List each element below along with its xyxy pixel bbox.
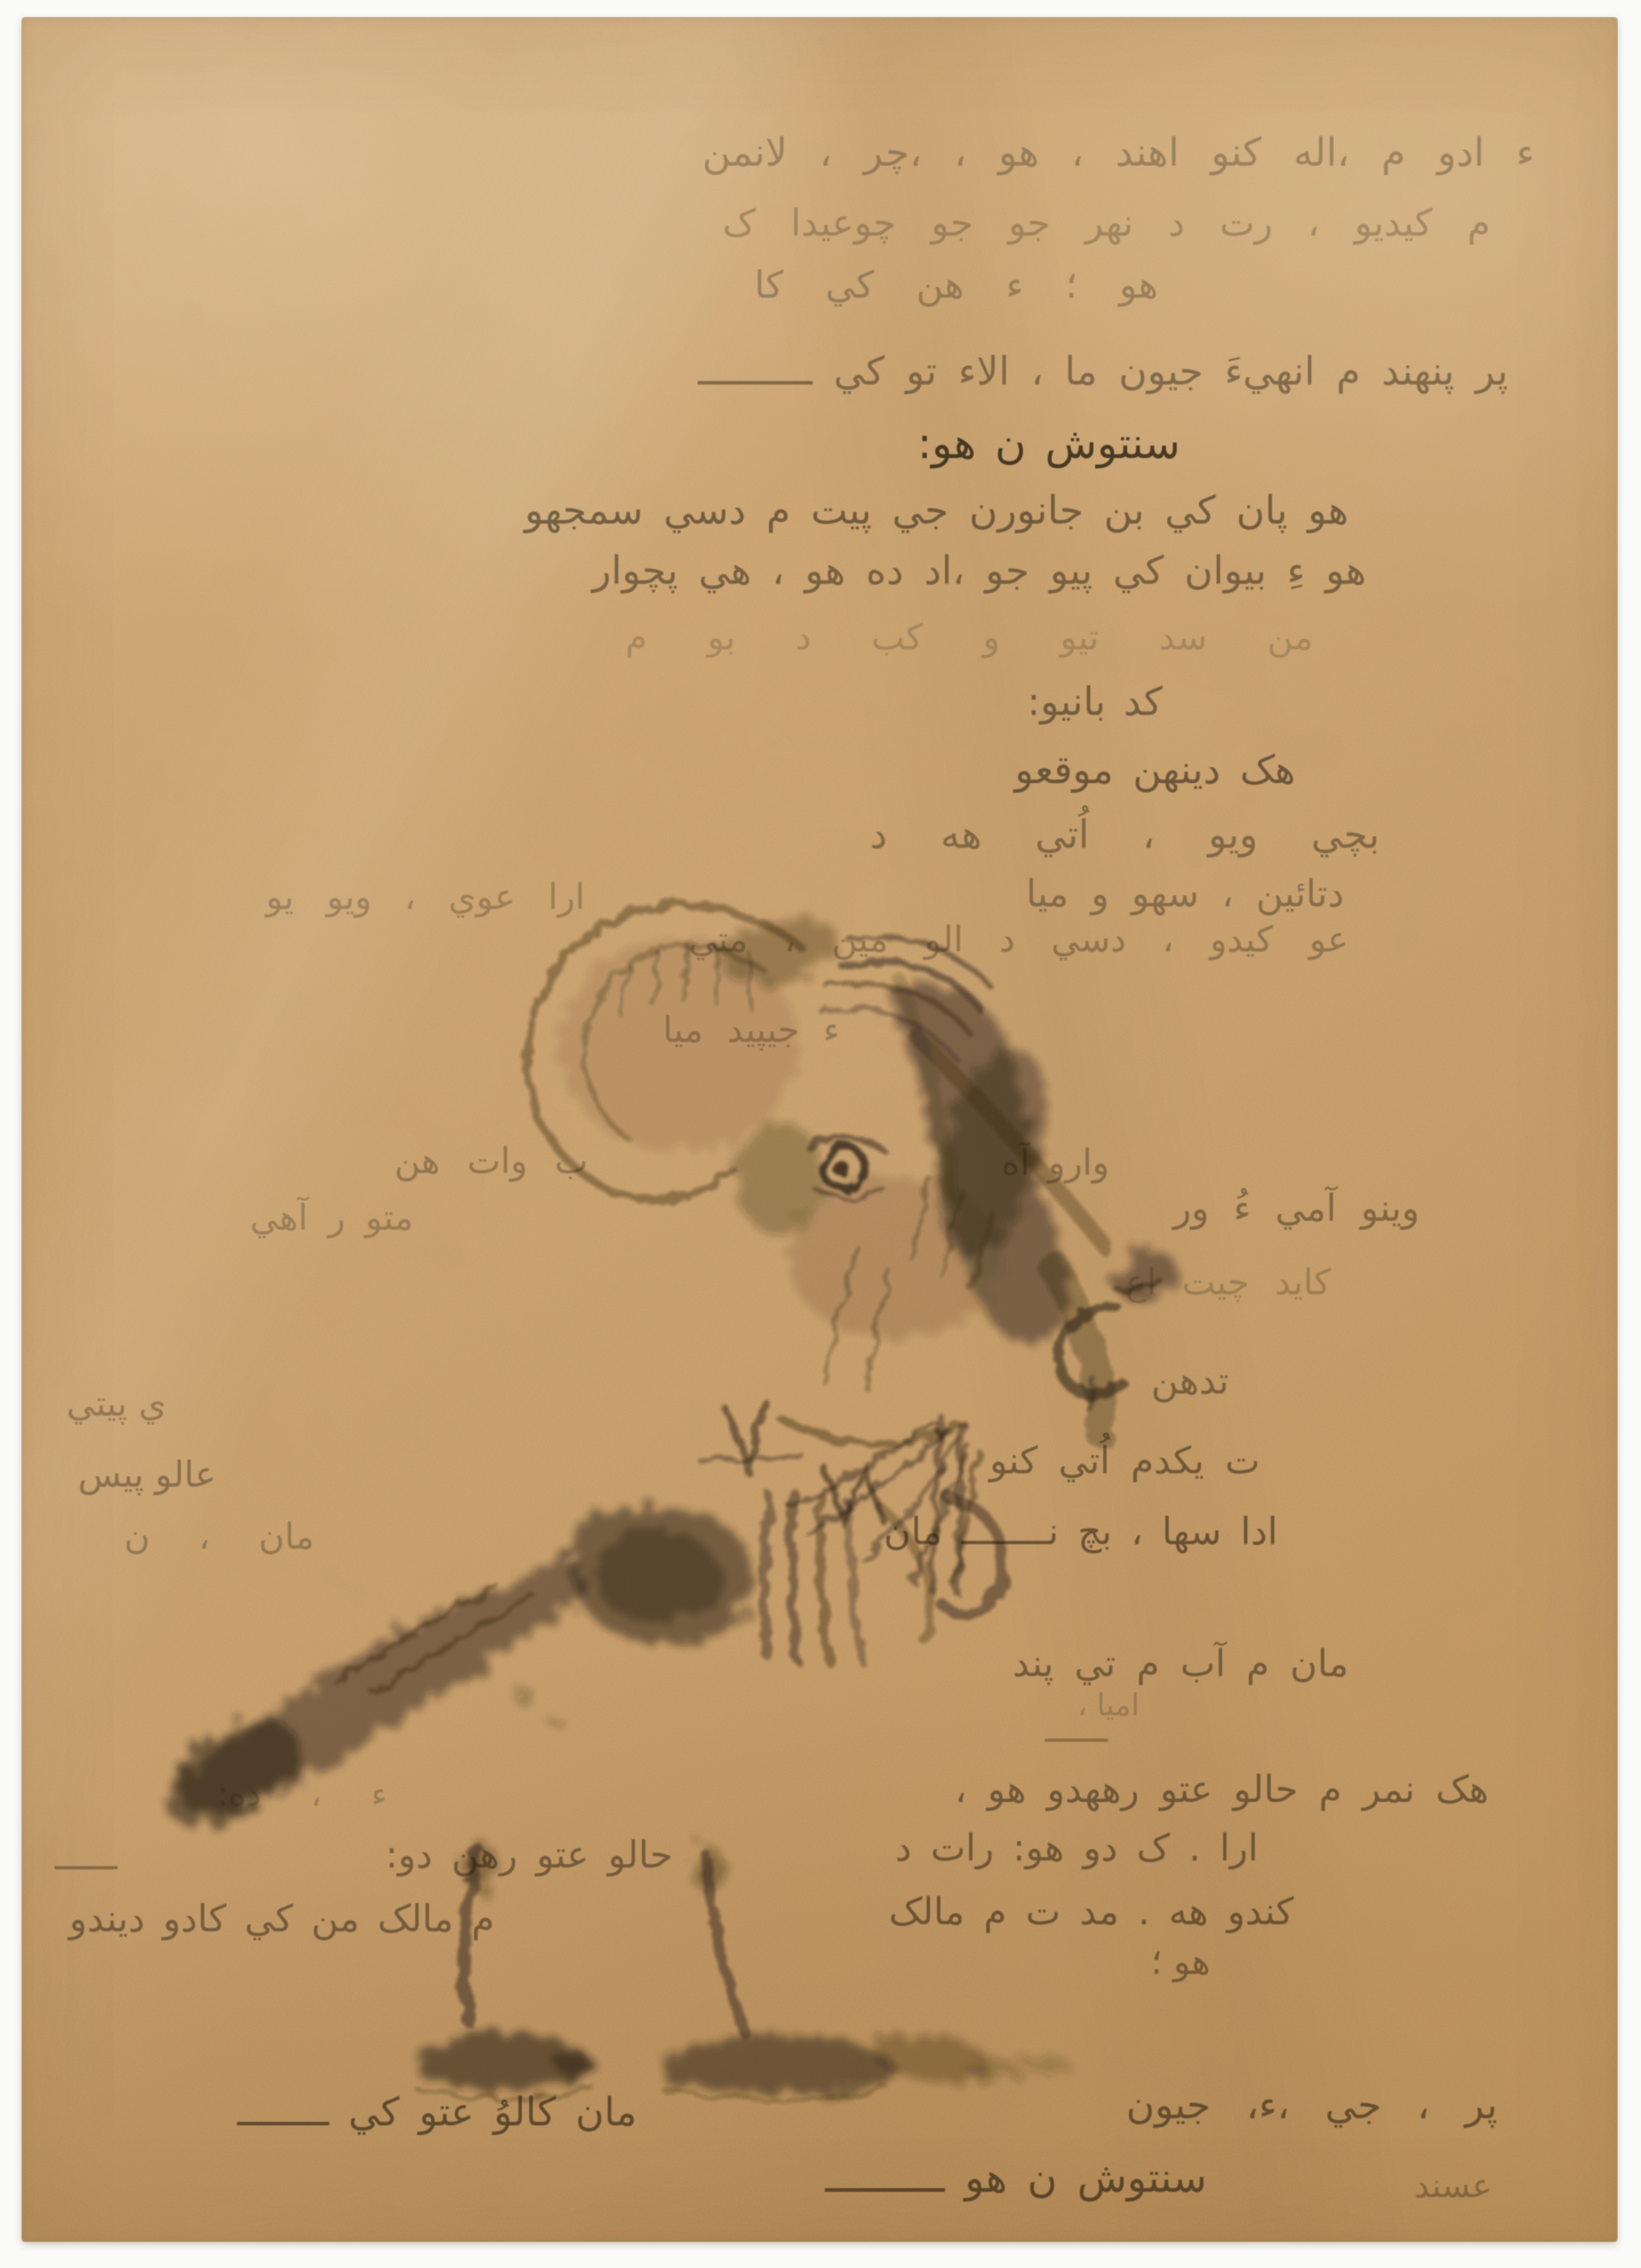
text-line-3: هو ؛ ء هن کي کا: [754, 264, 1158, 307]
text-line-39: مان کالوُ عتو کي ــــــــ: [237, 2091, 637, 2136]
text-line-32: ارا . ک دو هو: رات د: [895, 1827, 1258, 1869]
text-line-9: کد بانيو:: [1027, 680, 1163, 726]
text-line-8: من سد تيو و کب د بو م: [626, 617, 1313, 658]
text-line-7: هو ءِ بيوان کي پيو جو ،اد ده هو ، هي پچو…: [592, 549, 1366, 594]
text-line-31: ء ، ده:: [217, 1775, 387, 1814]
text-line-21: تدهن: [1151, 1360, 1229, 1402]
text-line-29: ــــــ: [1046, 1710, 1108, 1751]
text-line-16: وارو آه: [1001, 1143, 1109, 1184]
text-line-38: پر ، جي ،ء، جيون: [1126, 2084, 1497, 2129]
text-line-6: هو پان کي بن جانورن جي پيت م دسي سمجهو: [525, 489, 1349, 534]
text-line-33: حالو عتو رهن دو:: [385, 1834, 673, 1876]
text-layer: ء ادو م ،اله کنو اهند ، هو ، ،چر ، لانمن…: [0, 0, 1641, 2268]
text-line-4: پر پنهند م انهيءَ جيون ما ، الاء تو کي ـ…: [698, 350, 1508, 395]
text-line-19: متو ر آهي: [250, 1198, 413, 1239]
text-line-17: ب وات هن: [394, 1141, 588, 1182]
text-line-22: ي پيتي: [66, 1384, 167, 1425]
text-line-18: وينو آمي ءُ ور: [1173, 1187, 1419, 1230]
text-line-15: ء جيپيد ميا: [663, 1010, 840, 1051]
text-line-20: کايد چيت اع: [1125, 1262, 1331, 1303]
text-line-10: هک دينهن موقعو: [1015, 749, 1295, 794]
text-line-24: عالو پيس: [78, 1455, 216, 1495]
text-line-36: م مالک من کي کادو ديندو: [69, 1898, 494, 1940]
scanned-photo-frame: ء ادو م ،اله کنو اهند ، هو ، ،چر ، لانمن…: [0, 0, 1641, 2268]
text-line-13: ارا عوي ، ويو يو: [266, 877, 585, 918]
text-line-40: سنتوش ن هو ــــــــــ: [825, 2155, 1207, 2202]
text-line-26: مان ، ن: [124, 1517, 315, 1557]
text-line-23: ت يکدم اُتي کنو: [990, 1440, 1260, 1482]
text-line-27: مان م آب م تي پند: [1013, 1643, 1349, 1685]
text-line-41: عسند: [1414, 2167, 1492, 2206]
text-line-25: ادا سها ، بچ نــــــــ مان: [883, 1511, 1278, 1553]
text-line-30: هک نمر م حالو عتو رههدو هو ،: [954, 1768, 1489, 1811]
text-line-12: دتائين ، سهو و ميا: [1026, 873, 1344, 915]
text-line-34: ــــــ: [55, 1837, 117, 1878]
text-line-35: کندو هه . مد ت م مالک: [889, 1891, 1294, 1933]
text-line-2: م کيديو ، رت د نهر جو جو چوعيدا ک: [722, 202, 1490, 245]
text-line-1: ء ادو م ،اله کنو اهند ، هو ، ،چر ، لانمن: [702, 131, 1535, 176]
text-line-37: هو ؛: [1151, 1942, 1210, 1983]
text-line-5: سنتوش ن هو:: [917, 420, 1180, 469]
text-line-11: بچي ويو ، اُتي هه د: [870, 813, 1380, 858]
text-line-14: عو کيدو ، دسي د الو مين ، متي: [688, 920, 1349, 960]
